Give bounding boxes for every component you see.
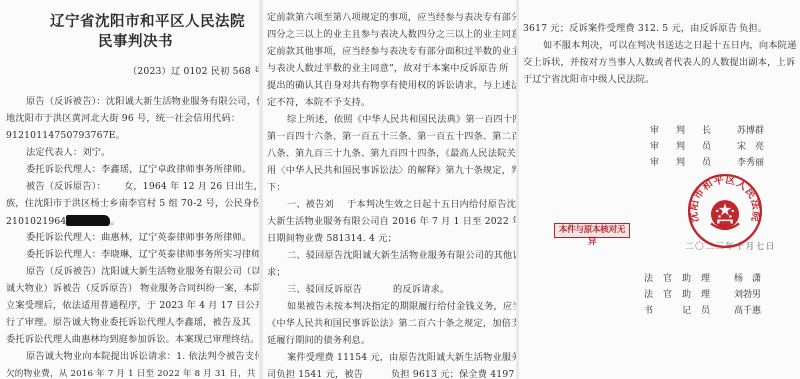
text-line: 综上所述，依照《中华人民共和国民法典》第一百四十四条、 — [287, 114, 516, 126]
text-line: 原告诚大物业向本院提出诉讼请求：1. 依法判令被告支付所拖 — [26, 351, 259, 363]
text-line: 日期间物业费 581314. 4 元； — [267, 233, 397, 245]
document-type: 民事判决书 — [98, 36, 173, 48]
text-line: 地沈阳市于洪区黄河北大街 96 号，统一社会信用代码： — [6, 113, 240, 125]
case-number: （2023）辽 0102 民初 568 号 — [128, 66, 259, 78]
text-line: 定前款第六项至第八项规定的事项，应当经参与表决专有部分面积 — [267, 12, 516, 24]
text-line: 于本判决生效之日起十五日内给付原告沈阳诚 — [347, 199, 516, 211]
text-line: 案件受理费 11154 元，由原告沈阳诚大新生活物业服务有限公 — [287, 352, 516, 364]
text-line: 大新生活物业服务有限公司自 2016 年 7 月 1 日至 2022 年 8 月… — [267, 216, 516, 228]
text-line: 女，1964 年 12 月 26 日出生，汉 — [124, 181, 259, 193]
text-line: 3617 元；反诉案件受理费 312. 5 元，由反诉原告 — [523, 23, 737, 35]
text-line: 第一百四十六条、第一百五十三条、第一百五十四条、第二百七十 — [267, 131, 516, 143]
court-name: 辽宁省沈阳市和平区人民法院 — [50, 16, 245, 28]
text-line: 法定代表人：刘宁。 — [26, 147, 111, 159]
text-line: 定不符，本院不予支持。 — [267, 97, 370, 109]
text-line: 委托诉讼代理人：李晓琳，辽宁英泰律师事务所实习律师。 — [26, 249, 259, 261]
text-line: 下： — [267, 182, 286, 194]
text-line: 负担 9613 元；保全费 4197 元，由原 — [391, 369, 516, 379]
text-line: 如不服本判决，可以在判决书送达之日起十五日内，向本院递 — [543, 40, 796, 52]
text-line: 族，住沈阳市于洪区杨士乡南李官村 5 组 70-2 号，公民身份号码： — [6, 198, 259, 210]
text-line: 交上诉状，并按对方当事人人数或者代表人的人数提出副本，上诉 — [523, 57, 795, 69]
text-line: 一、被告刘 — [287, 199, 334, 211]
judgment-page-2: 定前款第六项至第八项规定的事项，应当经参与表决专有部分面积 四分之三以上的业主且… — [263, 0, 516, 379]
judge-name: 宋 亮 — [737, 139, 764, 152]
text-line: 延履行期间的债务利息。 — [267, 335, 370, 347]
text-line: 二、驳回原告沈阳诚大新生活物业服务有限公司的其他诉讼请 — [287, 250, 516, 262]
signature-row-judge: 审 判 员 李秀丽 — [519, 155, 800, 167]
redaction-block — [66, 215, 110, 226]
text-line: 定前款其他事项，应当经参与表决专有部分面积过半数的业主且参 — [267, 46, 516, 58]
text-line: 委托诉讼代理人：曲惠林，辽宁英泰律师事务所律师。 — [26, 232, 251, 244]
text-line: 原告（反诉被告）沈阳诚大新生活物业服务有限公司（以下简称 — [26, 266, 259, 278]
judge-name: 李秀丽 — [737, 155, 764, 168]
signature-row-judge-assistant: 法 官 助 理 杨 潇 — [519, 271, 800, 283]
court-seal-icon: 沈阳市和平区人民法院 — [686, 172, 764, 250]
text-line: 负担。 — [739, 23, 767, 35]
text-line: 及其 — [232, 317, 251, 329]
judge-name: 苏博群 — [737, 123, 764, 136]
text-line: 八条、第九百三十九条、第九百四十四条，《最高人民法院关于适 — [267, 148, 516, 160]
signature-row-clerk: 书 记 员 高千惠 — [519, 303, 800, 315]
signature-row-judge: 审 判 员 宋 亮 — [519, 139, 800, 151]
text-line: 物业服务合同纠纷一案，本院 — [140, 283, 259, 295]
staff-name: 刘勃男 — [734, 287, 761, 300]
text-line: 委托诉讼代理人曲惠林均到庭参加诉讼。本案现已审理终结。 — [6, 334, 259, 346]
text-line: 的反诉请求。 — [393, 284, 449, 296]
text-line: 三、驳回反诉原告 — [287, 284, 362, 296]
text-line: 欠的物业费，从 2016 年 7 月 1 日至 2022 年 8 月 31 日，… — [6, 368, 259, 379]
text-line: 于辽宁省沈阳市中级人民法院。 — [523, 74, 654, 86]
text-line: 提出的确认其自身对共有物享有使用权的诉讼请求，与上述法律规 — [267, 80, 516, 92]
text-line: 如果被告未按本判决指定的期限履行给付金钱义务，应当按照 — [287, 301, 516, 313]
signature-row-presiding-judge: 审 判 长 苏博群 — [519, 123, 800, 135]
text-line: 行了审理。原告诚大物业委托诉讼代理人李鑫瑶，被告 — [6, 317, 231, 329]
text-line: 立案受理后，依法适用普通程序，于 2023 年 4 月 17 日公开开庭进 — [6, 300, 259, 312]
text-line: 用〈中华人民共和国民事诉讼法〉的解释》第九十条规定，判决如 — [267, 165, 516, 177]
text-line: 原告（反诉被告）：沈阳诚大新生活物业服务有限公司，住所 — [26, 96, 259, 108]
text-line: 委托诉讼代理人：李鑫瑶，辽宁卓政律师事务所律师。 — [26, 164, 251, 176]
judgment-page-1: 辽宁省沈阳市和平区人民法院 民事判决书 （2023）辽 0102 民初 568 … — [0, 0, 259, 379]
text-line: 被告（反诉原告）： — [26, 181, 106, 193]
id-number-prefix: 2101021964 — [6, 216, 66, 227]
text-line: 求； — [267, 267, 286, 279]
text-line: 91210114750793767E。 — [6, 130, 125, 142]
copy-verified-stamp: 本件与原本核对无异 — [554, 223, 630, 238]
text-line: 司负担 1541 元，被告 — [267, 369, 363, 379]
staff-name: 杨 潇 — [734, 271, 761, 284]
text-line: 四分之三以上的业主且参与表决人数四分之三以上的业主同意。决 — [267, 29, 516, 41]
text-line: 与表决人数过半数的业主同意”，故对于本案中反诉原告 — [267, 63, 497, 75]
id-number-line: 2101021964。 — [6, 215, 120, 228]
text-line: 诚大物业）诉被告（反诉原告） — [6, 283, 137, 295]
signature-row-judge-assistant: 法 官 助 理 刘勃男 — [519, 287, 800, 299]
text-line: 《中华人民共和国民事诉讼法》第二百六十条之规定，加倍支付迟 — [267, 318, 516, 330]
text-line: 所 — [499, 63, 508, 75]
staff-name: 高千惠 — [734, 303, 761, 316]
